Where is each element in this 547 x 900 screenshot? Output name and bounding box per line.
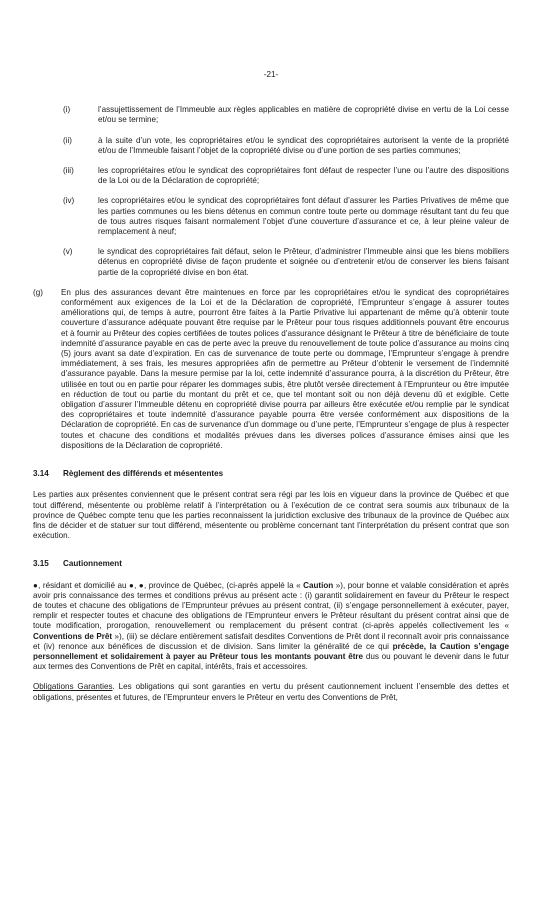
clause-item-g: (g) En plus des assurances devant être m… xyxy=(33,288,509,451)
paragraph-obligations-garanties: Obligations Garanties. Les obligations q… xyxy=(33,682,509,702)
clause-label: (ii) xyxy=(63,136,98,156)
clause-text: les copropriétaires et/ou le syndicat de… xyxy=(98,166,509,186)
text-segment-bold-caution: Caution xyxy=(303,581,333,590)
clause-text: à la suite d’un vote, les copropriétaire… xyxy=(98,136,509,156)
clause-item-iv: (iv) les copropriétaires et/ou le syndic… xyxy=(33,196,509,237)
text-segment: ●, résidant et domicilié au ●, ●, provin… xyxy=(33,581,303,590)
clause-item-v: (v) le syndicat des copropriétaires fait… xyxy=(33,247,509,278)
section-heading-3-15: 3.15 Cautionnement xyxy=(33,559,509,569)
paragraph-governing-law: Les parties aux présentes conviennent qu… xyxy=(33,490,509,541)
clause-label: (v) xyxy=(63,247,98,278)
clause-label: (g) xyxy=(33,288,61,451)
clause-text: le syndicat des copropriétaires fait déf… xyxy=(98,247,509,278)
section-title: Règlement des différends et mésententes xyxy=(63,469,509,479)
clause-text: En plus des assurances devant être maint… xyxy=(61,288,509,451)
clause-item-i: (i) l’assujettissement de l’Immeuble aux… xyxy=(33,105,509,125)
page-number: -21- xyxy=(33,70,509,80)
clause-label: (iii) xyxy=(63,166,98,186)
section-number: 3.15 xyxy=(33,559,63,569)
clause-item-iii: (iii) les copropriétaires et/ou le syndi… xyxy=(33,166,509,186)
paragraph-cautionnement: ●, résidant et domicilié au ●, ●, provin… xyxy=(33,581,509,673)
clause-label: (i) xyxy=(63,105,98,125)
clause-text: les copropriétaires et/ou le syndicat de… xyxy=(98,196,509,237)
section-number: 3.14 xyxy=(33,469,63,479)
text-segment-underlined-lead: Obligations Garanties xyxy=(33,682,113,691)
text-segment-bold-conventions: Conventions de Prêt xyxy=(33,632,112,641)
section-heading-3-14: 3.14 Règlement des différends et mésente… xyxy=(33,469,509,479)
clause-label: (iv) xyxy=(63,196,98,237)
clause-item-ii: (ii) à la suite d’un vote, les coproprié… xyxy=(33,136,509,156)
section-title: Cautionnement xyxy=(63,559,509,569)
clause-text: l’assujettissement de l’Immeuble aux règ… xyxy=(98,105,509,125)
contract-document-page: -21- (i) l’assujettissement de l’Immeubl… xyxy=(0,0,547,900)
